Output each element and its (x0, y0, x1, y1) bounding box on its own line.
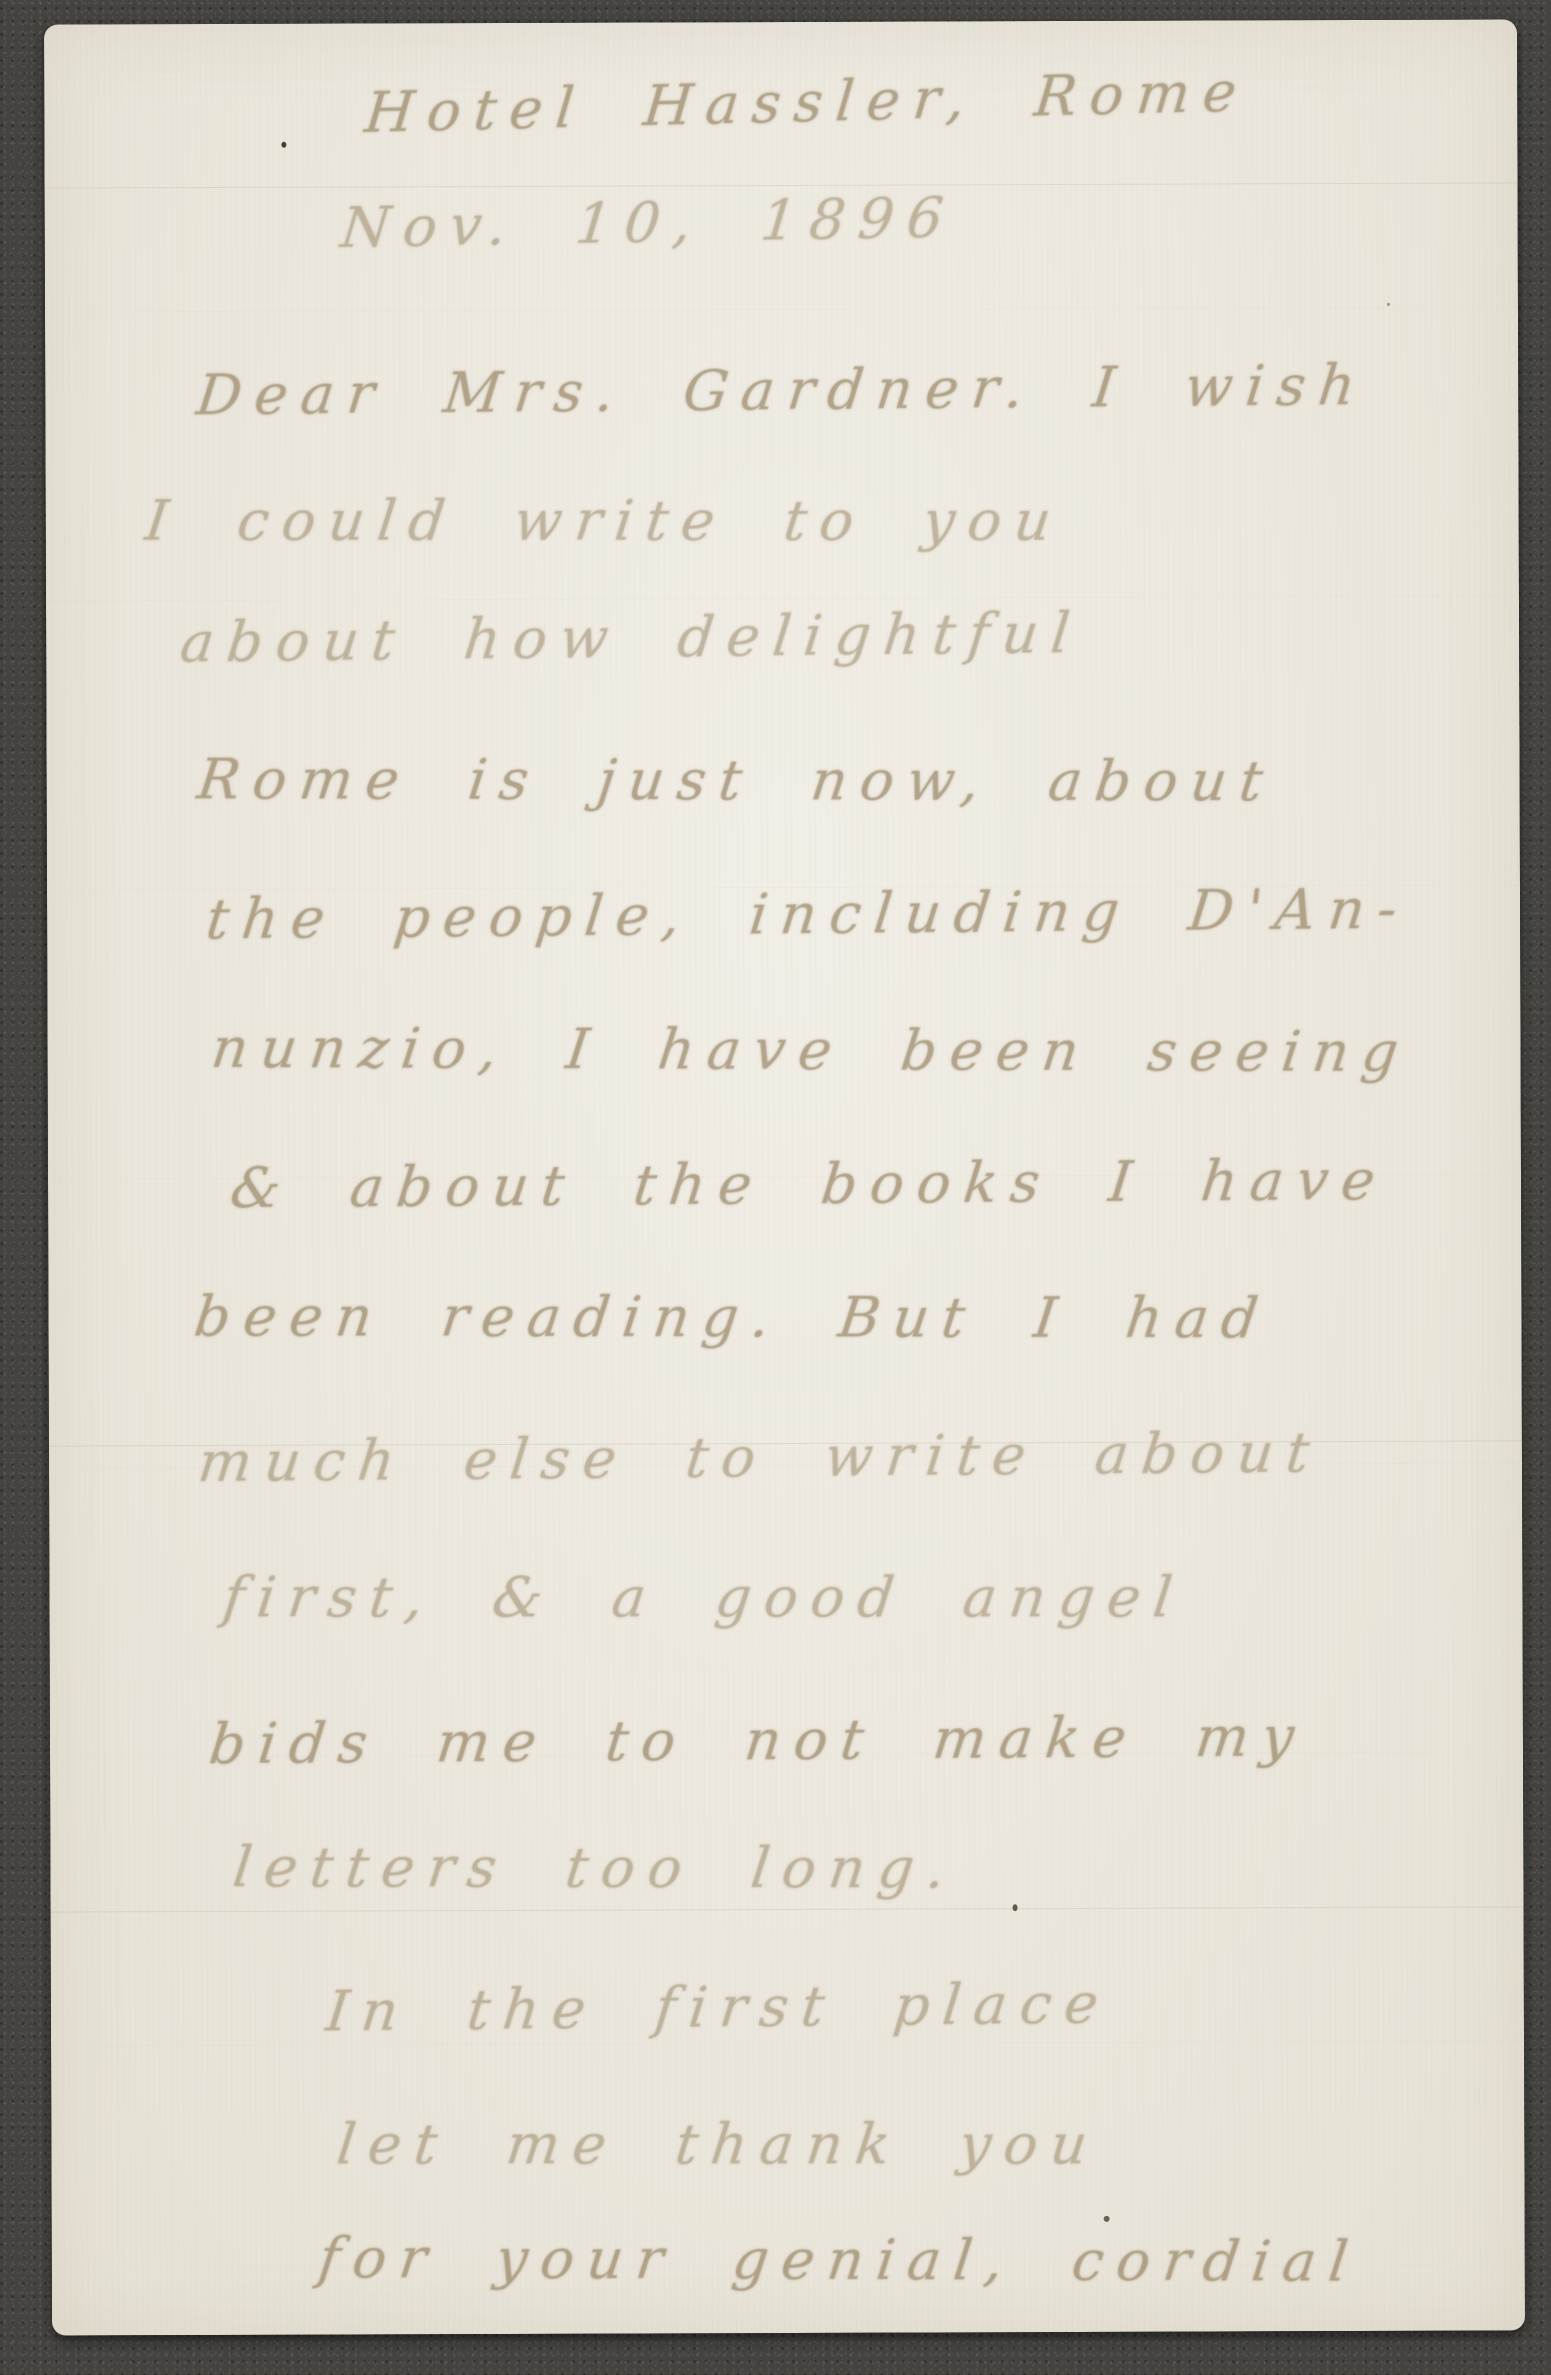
ink-speck (1013, 1904, 1018, 1911)
letter-line: for your genial, cordial (315, 2226, 1364, 2295)
letter-line: letters too long. (230, 1835, 962, 1901)
paper-crease (51, 1906, 1524, 1912)
letter-page: Hotel Hassler, Rome Nov. 10, 1896 Dear M… (44, 19, 1525, 2335)
ink-speck (281, 142, 286, 148)
letter-line: Rome is just now, about (194, 747, 1279, 814)
letter-heading-address: Hotel Hassler, Rome (362, 59, 1252, 146)
letter-line: been reading. But I had (191, 1284, 1275, 1351)
letter-line: first, & a good angel (220, 1565, 1189, 1630)
letter-line: I could write to you (142, 489, 1068, 554)
letter-line: bids me to not make my (206, 1704, 1310, 1777)
letter-line: & about the books I have (227, 1148, 1391, 1221)
letter-line: let me thank you (334, 2112, 1104, 2177)
letter-line: Dear Mrs. Gardner. I wish (193, 353, 1371, 428)
letter-line: about how delightful (177, 601, 1086, 675)
ink-speck (1104, 2216, 1110, 2222)
letter-heading-date: Nov. 10, 1896 (338, 185, 959, 261)
letter-line: nunzio, I have been seeing (208, 1016, 1415, 1085)
letter-line: In the first place (323, 1971, 1115, 2044)
letter-line: much else to write about (195, 1420, 1326, 1495)
letter-line: the people, including D'An- (203, 877, 1413, 953)
ink-speck (1387, 303, 1390, 306)
